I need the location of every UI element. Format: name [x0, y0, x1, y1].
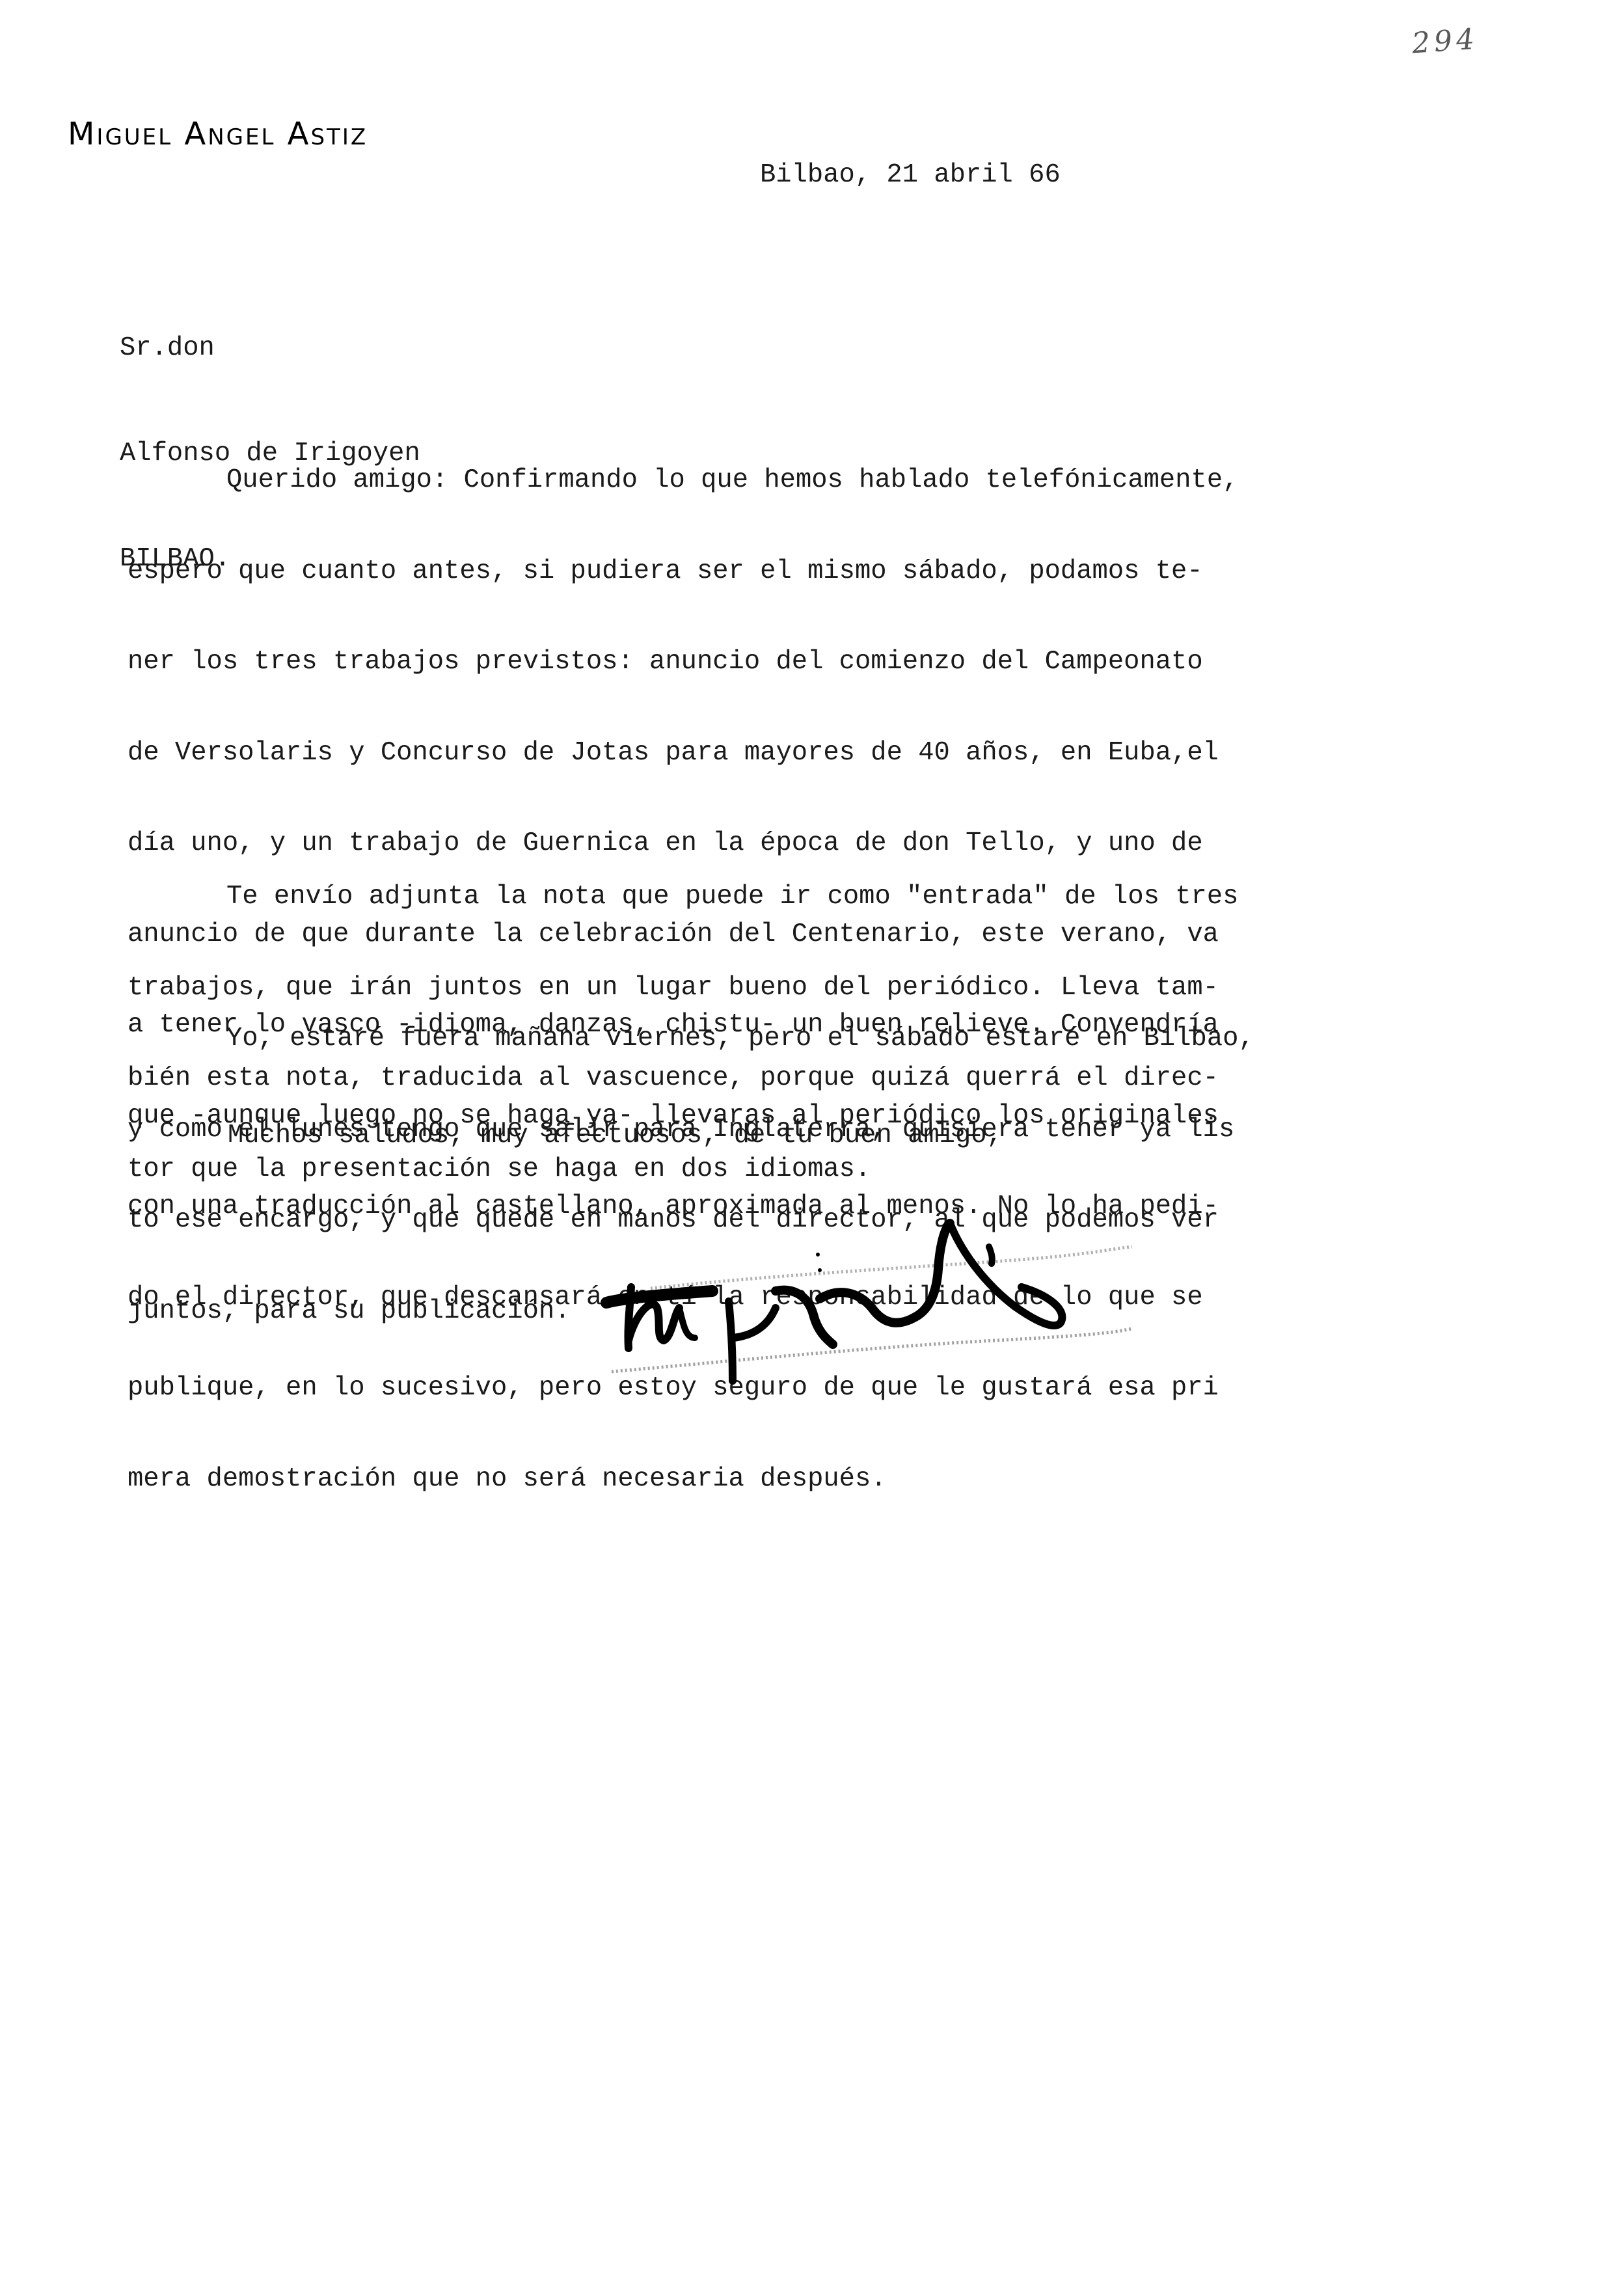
paragraph-line: Yo, estaré fuera mañana viernes, pero el…: [128, 1024, 1254, 1054]
closing-line: Muchos saludos, muy afectuosos, de tu bu…: [228, 1121, 1003, 1150]
paragraph-line: espero que cuanto antes, si pudiera ser …: [128, 556, 1238, 587]
handwritten-signature-icon: [599, 1210, 1158, 1392]
date-line: Bilbao, 21 abril 66: [760, 160, 1061, 190]
paragraph-line: ner los tres trabajos previstos: anuncio…: [128, 647, 1238, 677]
recipient-title: Sr.don: [120, 331, 420, 366]
letterhead: Miguel Angel Astiz: [68, 116, 368, 152]
paragraph-line: Querido amigo: Confirmando lo que hemos …: [128, 465, 1238, 496]
paragraph-line: Te envío adjunta la nota que puede ir co…: [128, 882, 1238, 912]
archive-number: 294: [1411, 23, 1479, 61]
paragraph-line: de Versolaris y Concurso de Jotas para m…: [128, 738, 1238, 768]
paragraph-line: mera demostración que no será necesaria …: [128, 1464, 1238, 1495]
letter-page: 294 Miguel Angel Astiz Bilbao, 21 abril …: [0, 0, 1624, 2282]
